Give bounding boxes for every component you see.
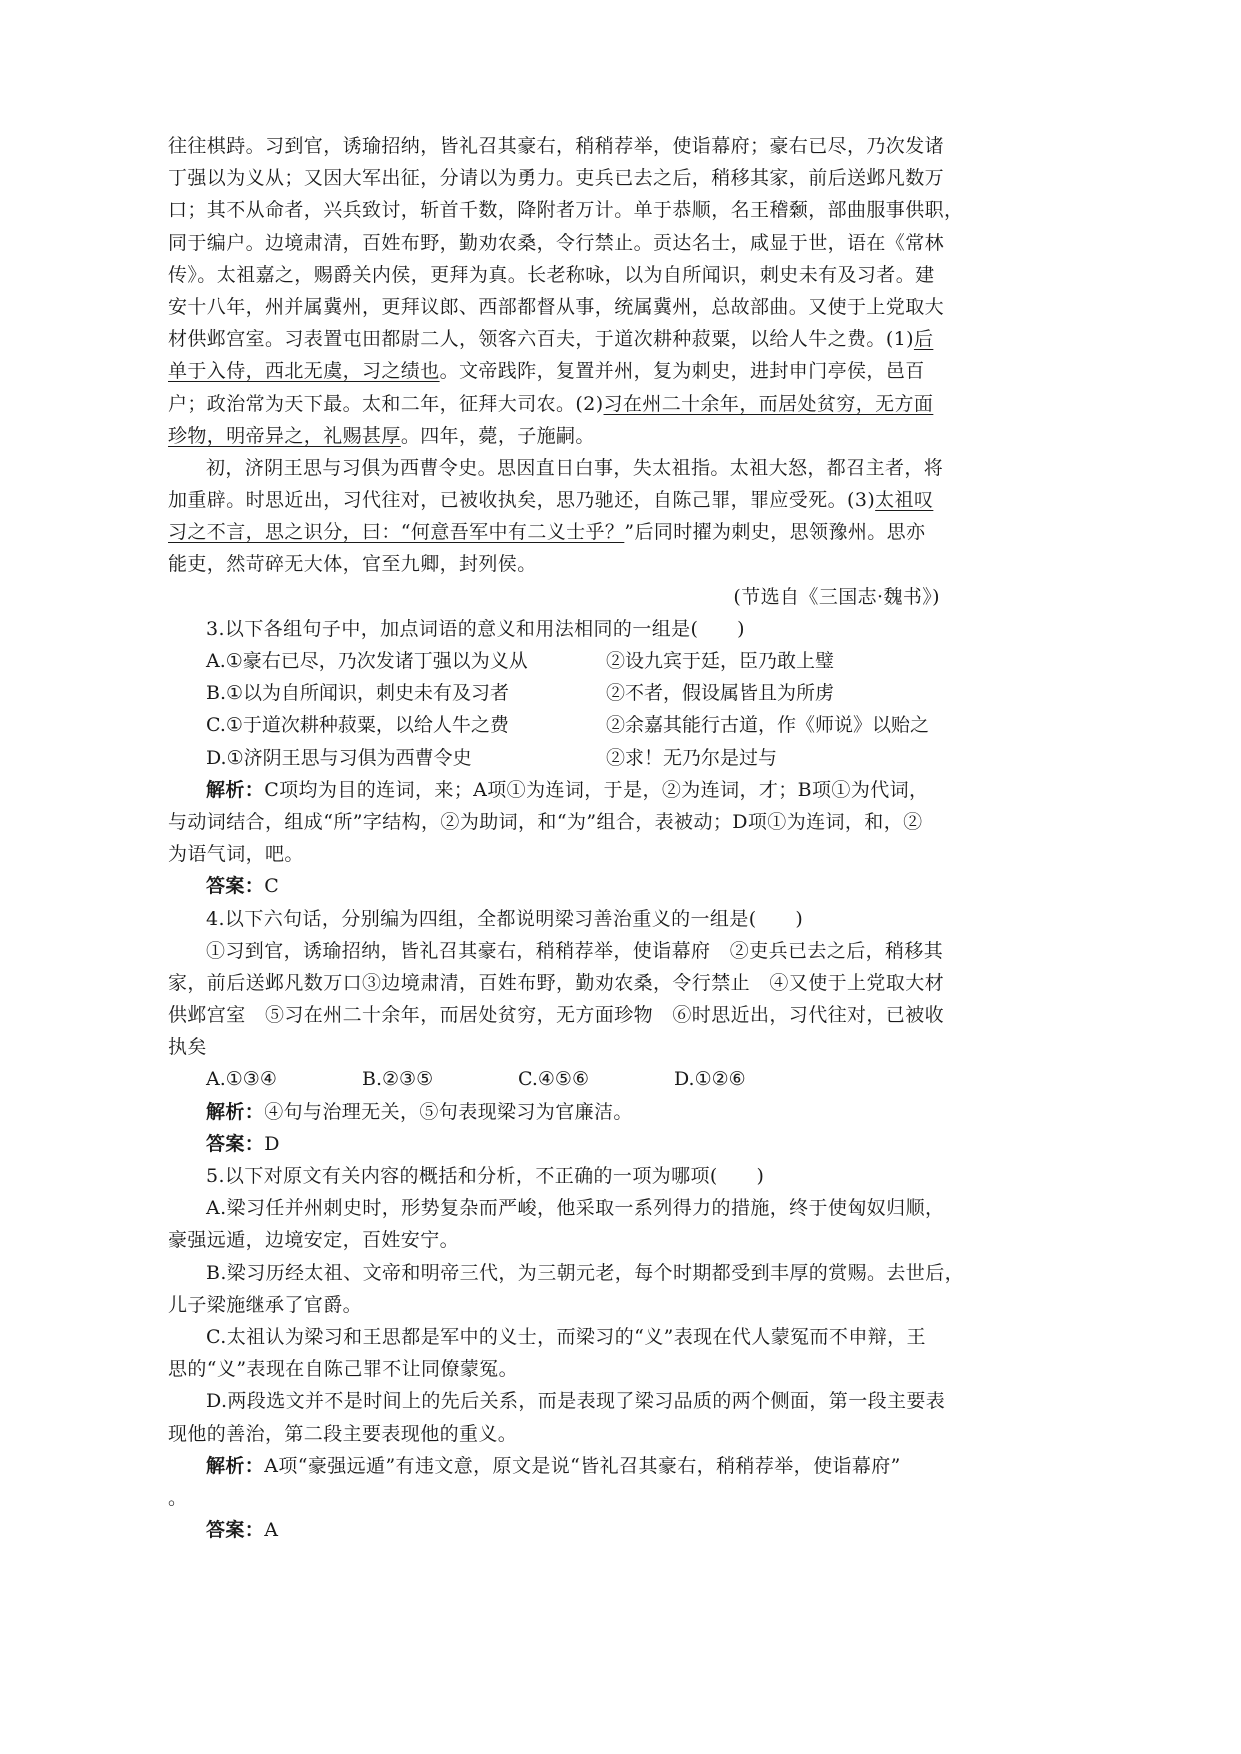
text-line: 加重辟。时思近出，习代往对，已被收执矣，思乃驰还，自陈己罪，罪应受死。(3)太祖… xyxy=(168,484,940,516)
option-a: 豪强远遁，边境安定，百姓安宁。 xyxy=(168,1224,940,1256)
text-line: 珍物，明帝异之，礼赐甚厚。四年，薨，子施嗣。 xyxy=(168,420,940,452)
text-line: 初，济阴王思与习俱为西曹令史。思因直日白事，失太祖指。太祖大怒，都召主者，将 xyxy=(168,452,940,484)
sentence-marker: (3) xyxy=(847,489,875,511)
answer-label: 答案： xyxy=(206,875,264,897)
answer: 答案：A xyxy=(168,1514,940,1546)
analysis-text: A项“豪强远遁”有违文意，原文是说“皆礼召其豪右，稍稍荐举，使诣幕府” xyxy=(264,1455,901,1477)
option-d: D.两段选文并不是时间上的先后关系，而是表现了梁习品质的两个侧面，第一段主要表 xyxy=(168,1385,940,1417)
option-left: A.①豪右已尽，乃次发诸丁强以为义从 xyxy=(206,645,606,677)
answer-label: 答案： xyxy=(206,1519,264,1541)
analysis-text: 。 xyxy=(168,1482,940,1514)
analysis: 解析：C项均为目的连词，来；A项①为连词，于是，②为连词，才；B项①为代词， xyxy=(168,774,940,806)
text-line: 单于入侍，西北无虞，习之绩也。文帝践阼，复置并州，复为刺史，进封申门亭侯，邑百 xyxy=(168,355,940,387)
underlined-sentence-3: 习之不言，思之识分，曰：“何意吾军中有二义士乎？ xyxy=(168,521,624,543)
sentence-marker: (2) xyxy=(575,393,603,415)
text-line: 传》。太祖嘉之，赐爵关内侯，更拜为真。长老称咏，以为自所闻识，刺史未有及习者。建 xyxy=(168,259,940,291)
answer: 答案：C xyxy=(168,870,940,902)
option-d: D.①济阴王思与习俱为西曹令史②求！无乃尔是过与 xyxy=(168,742,940,774)
text-line: 习之不言，思之识分，曰：“何意吾军中有二义士乎？”后同时擢为刺史，思领豫州。思亦 xyxy=(168,516,940,548)
question-5: 5.以下对原文有关内容的概括和分析，不正确的一项为哪项( ) A.梁习任并州刺史… xyxy=(168,1160,940,1546)
text-line: 安十八年，州并属冀州，更拜议郎、西部都督从事，统属冀州，总故部曲。又使于上党取大 xyxy=(168,291,940,323)
option-b: B.①以为自所闻识，刺史未有及习者②不者，假设属皆且为所虏 xyxy=(168,677,940,709)
underlined-sentence-1: 单于入侍，西北无虞，习之绩也 xyxy=(168,360,440,382)
choice-a: A.①③④ xyxy=(206,1063,362,1095)
document-page: 往往棋跱。习到官，诱瑜招纳，皆礼召其豪右，稍稍荐举，使诣幕府；豪右已尽，乃次发诸… xyxy=(168,130,940,1546)
answer-value: C xyxy=(264,875,279,897)
analysis-text: ④句与治理无关，⑤句表现梁习为官廉洁。 xyxy=(264,1101,633,1123)
option-right: ②设九宾于廷，臣乃敢上璧 xyxy=(606,645,834,677)
answer-value: D xyxy=(264,1133,280,1155)
text-segment: ”后同时擢为刺史，思领豫州。思亦 xyxy=(624,521,925,543)
option-right: ②不者，假设属皆且为所虏 xyxy=(606,677,834,709)
answer-label: 答案： xyxy=(206,1133,264,1155)
option-b: B.梁习历经太祖、文帝和明帝三代，为三朝元老，每个时期都受到丰厚的赏赐。去世后， xyxy=(168,1257,940,1289)
analysis-text: 与动词结合，组成“所”字结构，②为助词，和“为”组合，表被动；D项①为连词，和，… xyxy=(168,806,940,838)
analysis: 解析：A项“豪强远遁”有违文意，原文是说“皆礼召其豪右，稍稍荐举，使诣幕府” xyxy=(168,1450,940,1482)
answer-value: A xyxy=(264,1519,278,1541)
option-c: C.①于道次耕种菽粟，以给人牛之费②余嘉其能行古道，作《师说》以贻之 xyxy=(168,709,940,741)
analysis-text: 为语气词，吧。 xyxy=(168,838,940,870)
text-segment: 材供邺宫室。习表置屯田都尉二人，领客六百夫，于道次耕种菽粟，以给人牛之费。 xyxy=(168,328,886,350)
analysis-text: C项均为目的连词，来；A项①为连词，于是，②为连词，才；B项①为代词， xyxy=(264,779,928,801)
option-c: C.太祖认为梁习和王思都是军中的义士，而梁习的“义”表现在代人蒙冤而不申辩，王 xyxy=(168,1321,940,1353)
answer: 答案：D xyxy=(168,1128,940,1160)
option-a: A.①豪右已尽，乃次发诸丁强以为义从②设九宾于廷，臣乃敢上璧 xyxy=(168,645,940,677)
option-d: 现他的善治，第二段主要表现他的重义。 xyxy=(168,1418,940,1450)
option-a: A.梁习任并州刺史时，形势复杂而严峻，他采取一系列得力的措施，终于使匈奴归顺， xyxy=(168,1192,940,1224)
text-line: 材供邺宫室。习表置屯田都尉二人，领客六百夫，于道次耕种菽粟，以给人牛之费。(1)… xyxy=(168,323,940,355)
text-segment: 加重辟。时思近出，习代往对，已被收执矣，思乃驰还，自陈己罪，罪应受死。 xyxy=(168,489,847,511)
text-line: 口；其不从命者，兴兵致讨，斩首千数，降附者万计。单于恭顺，名王稽颡，部曲服事供职… xyxy=(168,194,940,226)
passage-paragraph-1: 往往棋跱。习到官，诱瑜招纳，皆礼召其豪右，稍稍荐举，使诣幕府；豪右已尽，乃次发诸… xyxy=(168,130,940,452)
text-segment: 。四年，薨，子施嗣。 xyxy=(401,425,595,447)
text-segment: 。文帝践阼，复置并州，复为刺史，进封申门亭侯，邑百 xyxy=(440,360,925,382)
text-line: 户；政治常为天下最。太和二年，征拜大司农。(2)习在州二十余年，而居处贫穷，无方… xyxy=(168,388,940,420)
underlined-sentence-1: 后 xyxy=(914,328,933,350)
question-body: 执矣 xyxy=(168,1031,940,1063)
text-line: 丁强以为义从；又因大军出征，分请以为勇力。吏兵已去之后，稍移其家，前后送邺凡数万 xyxy=(168,162,940,194)
source-citation: (节选自《三国志·魏书》) xyxy=(168,581,940,613)
choice-b: B.②③⑤ xyxy=(362,1063,518,1095)
question-stem: 4.以下六句话，分别编为四组，全都说明梁习善治重义的一组是( ) xyxy=(168,903,940,935)
question-body: 供邺宫室 ⑤习在州二十余年，而居处贫穷，无方面珍物 ⑥时思近出，习代往对，已被收 xyxy=(168,999,940,1031)
option-right: ②余嘉其能行古道，作《师说》以贻之 xyxy=(606,709,929,741)
option-left: D.①济阴王思与习俱为西曹令史 xyxy=(206,742,606,774)
text-segment: 户；政治常为天下最。太和二年，征拜大司农。 xyxy=(168,393,575,415)
passage-paragraph-2: 初，济阴王思与习俱为西曹令史。思因直日白事，失太祖指。太祖大怒，都召主者，将 加… xyxy=(168,452,940,613)
question-stem: 3.以下各组句子中，加点词语的意义和用法相同的一组是( ) xyxy=(168,613,940,645)
underlined-sentence-3: 太祖叹 xyxy=(875,489,933,511)
underlined-sentence-2: 习在州二十余年，而居处贫穷，无方面 xyxy=(604,393,934,415)
question-4: 4.以下六句话，分别编为四组，全都说明梁习善治重义的一组是( ) ①习到官，诱瑜… xyxy=(168,903,940,1161)
answer-choices: A.①③④ B.②③⑤ C.④⑤⑥ D.①②⑥ xyxy=(168,1063,940,1095)
question-3: 3.以下各组句子中，加点词语的意义和用法相同的一组是( ) A.①豪右已尽，乃次… xyxy=(168,613,940,903)
text-line: 同于编户。边境肃清，百姓布野，勤劝农桑，令行禁止。贡达名士，咸显于世，语在《常林 xyxy=(168,227,940,259)
analysis-label: 解析： xyxy=(206,779,264,801)
underlined-sentence-2: 珍物，明帝异之，礼赐甚厚 xyxy=(168,425,401,447)
text-line: 往往棋跱。习到官，诱瑜招纳，皆礼召其豪右，稍稍荐举，使诣幕府；豪右已尽，乃次发诸 xyxy=(168,130,940,162)
option-left: B.①以为自所闻识，刺史未有及习者 xyxy=(206,677,606,709)
sentence-marker: (1) xyxy=(886,328,914,350)
analysis-label: 解析： xyxy=(206,1101,264,1123)
question-stem: 5.以下对原文有关内容的概括和分析，不正确的一项为哪项( ) xyxy=(168,1160,940,1192)
option-right: ②求！无乃尔是过与 xyxy=(606,742,777,774)
analysis: 解析：④句与治理无关，⑤句表现梁习为官廉洁。 xyxy=(168,1096,940,1128)
option-c: 思的“义”表现在自陈己罪不让同僚蒙冤。 xyxy=(168,1353,940,1385)
analysis-label: 解析： xyxy=(206,1455,264,1477)
question-body: 家，前后送邺凡数万口③边境肃清，百姓布野，勤劝农桑，令行禁止 ④又使于上党取大材 xyxy=(168,967,940,999)
text-line: 能吏，然苛碎无大体，官至九卿，封列侯。 xyxy=(168,548,940,580)
choice-d: D.①②⑥ xyxy=(674,1063,830,1095)
option-left: C.①于道次耕种菽粟，以给人牛之费 xyxy=(206,709,606,741)
question-body: ①习到官，诱瑜招纳，皆礼召其豪右，稍稍荐举，使诣幕府 ②吏兵已去之后，稍移其 xyxy=(168,935,940,967)
option-b: 儿子梁施继承了官爵。 xyxy=(168,1289,940,1321)
choice-c: C.④⑤⑥ xyxy=(518,1063,674,1095)
